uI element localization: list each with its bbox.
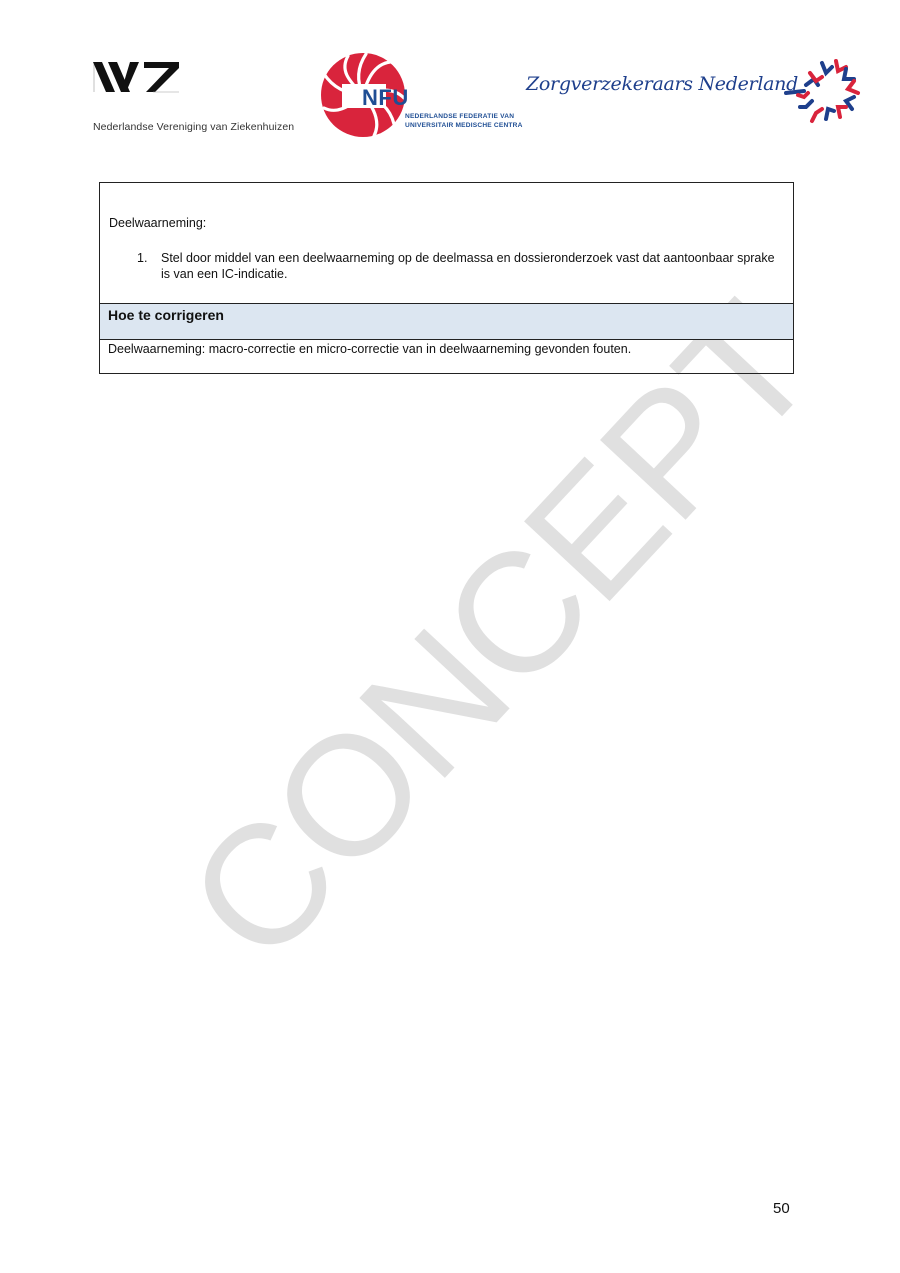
people-circle-icon <box>784 55 866 127</box>
section-header-row: Hoe te corrigeren <box>100 304 793 340</box>
list-item-number: 1. <box>137 250 147 266</box>
nfu-acronym: NFU <box>362 85 409 111</box>
nfu-subtitle-line2: UNIVERSITAIR MEDISCHE CENTRA <box>405 122 523 129</box>
nvz-logo: Nederlandse Vereniging van Ziekenhuizen <box>93 60 308 140</box>
section-body-row: Deelwaarneming: macro-correctie en micro… <box>100 340 793 373</box>
page-number: 50 <box>773 1200 790 1217</box>
nvz-wordmark-icon <box>93 60 183 94</box>
concept-watermark: CONCEPT <box>150 397 730 999</box>
list-item: 1. Stel door middel van een deelwaarnemi… <box>137 250 787 282</box>
observation-cell: Deelwaarneming: 1. Stel door middel van … <box>100 183 793 304</box>
content-table: Deelwaarneming: 1. Stel door middel van … <box>99 182 794 374</box>
nvz-caption: Nederlandse Vereniging van Ziekenhuizen <box>93 121 294 133</box>
zorgverzekeraars-logo: Zorgverzekeraars Nederland <box>526 55 871 130</box>
section-body-text: Deelwaarneming: macro-correctie en micro… <box>108 342 631 356</box>
section-heading: Hoe te corrigeren <box>108 307 224 323</box>
observation-lead: Deelwaarneming: <box>109 216 206 230</box>
nfu-subtitle-line1: NEDERLANDSE FEDERATIE VAN <box>405 113 514 120</box>
nfu-logo: NFU NEDERLANDSE FEDERATIE VAN UNIVERSITA… <box>318 50 523 140</box>
zorgverzekeraars-wordmark: Zorgverzekeraars Nederland <box>526 73 798 95</box>
list-item-text: Stel door middel van een deelwaarneming … <box>161 250 787 282</box>
